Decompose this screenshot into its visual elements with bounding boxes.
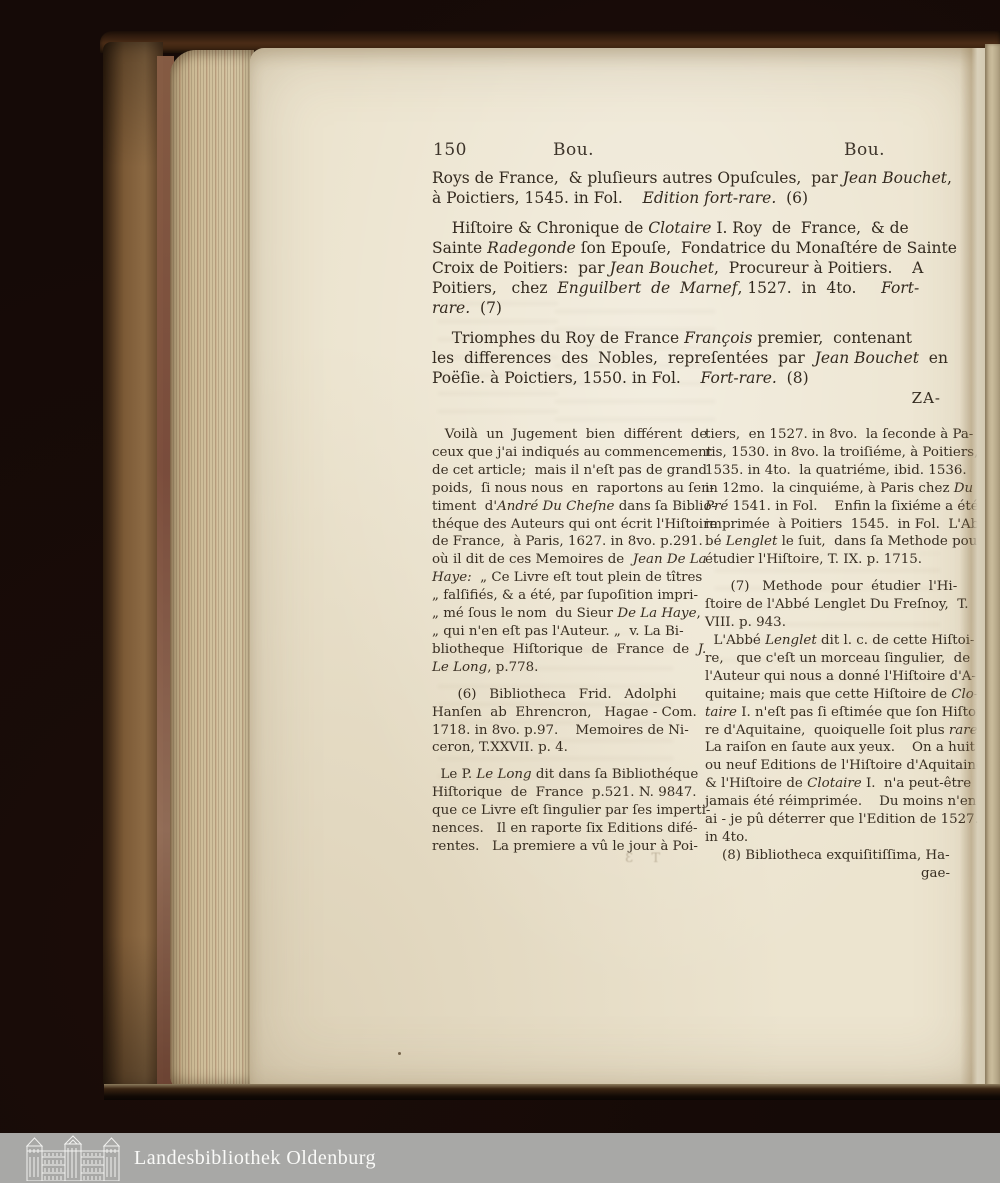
text-line: où il dit de ces Memoires de Jean De La [432,551,706,569]
text-line: bé Lenglet le ſuit, dans ſa Methode pour [705,533,950,551]
text-line: 1535. in 4to. la quatriéme, ibid. 1536. [705,462,950,480]
text-line: ai - je pû déterrer que l'Edition de 152… [705,811,950,829]
text-line: (7) Methode pour étudier l'Hi- [705,578,950,596]
text-line: Haye: „ Ce Livre eſt tout plein de tître… [432,569,706,587]
text-line: ris, 1530. in 8vo. la troiſiéme, à Poiti… [705,444,950,462]
running-title-right: Bou. [844,140,885,160]
text-line [432,677,706,686]
text-line: & l'Hiſtoire de Clotaire I. n'a peut-êtr… [705,775,950,793]
text-line: Voilà un Jugement bien différent de [432,426,706,444]
text-line: (6) Bibliotheca Frid. Adolphi [432,686,706,704]
text-line: étudier l'Hiſtoire, T. IX. p. 1715. [705,551,950,569]
book-gutter-edge [985,44,1000,1090]
text-line: Poitiers, chez Enguilbert de Marnef, 152… [432,278,942,298]
text-line: „ falſifiés, & a été, par ſupoſition imp… [432,587,706,605]
paragraph-entry-bouchet: Roys de France, & pluſieurs autres Opuſc… [432,168,942,208]
text-line: de cet article; mais il n'eſt pas de gra… [432,462,706,480]
text-line: rentes. La premiere a vû le jour à Poi- [432,838,706,856]
text-line: VIII. p. 943. [705,614,950,632]
text-line: jamais été réimprimée. Du moins n'en [705,793,950,811]
text-line: taire I. n'eſt pas ſi eſtimée que ſon Hi… [705,704,950,722]
text-line: Roys de France, & pluſieurs autres Opuſc… [432,168,942,188]
text-line: que ce Livre eſt ſingulier par ſes imper… [432,802,706,820]
text-line: Poëſie. à Poictiers, 1550. in Fol. Fort-… [432,368,942,388]
page-number: 150 [433,140,467,160]
text-line: La raiſon en ſaute aux yeux. On a huit [705,739,950,757]
text-line: „ qui n'en eſt pas l'Auteur. „ v. La Bi- [432,623,706,641]
text-line: timent d'André Du Cheſne dans ſa Biblio- [432,498,706,516]
text-line: Le P. Le Long dit dans ſa Bibliothéque [432,766,706,784]
text-line: re d'Aquitaine, quoiquelle ſoit plus rar… [705,722,950,740]
main-text-block: Roys de France, & pluſieurs autres Opuſc… [432,168,942,398]
book-cover-edge [103,42,163,1092]
text-line: Hiſtorique de France p.521. N. 9847. [432,784,706,802]
book-bottom-edge [104,1084,1000,1100]
text-line [432,757,706,766]
library-building-logo [20,1135,126,1181]
digitized-book-scan: 150 Bou. Bou. Roys de France, & pluſieur… [0,0,1000,1183]
text-line: poids, ſi nous nous en raportons au ſen- [432,480,706,498]
text-line: Sainte Radegonde ſon Epouſe, Fondatrice … [432,238,942,258]
text-line: tiers, en 1527. in 8vo. la ſeconde à Pa- [705,426,950,444]
text-line: ceron, T.XXVII. p. 4. [432,739,706,757]
text-line: ou neuf Editions de l'Hiſtoire d'Aquitai… [705,757,950,775]
text-line: in 4to. [705,829,950,847]
signature-mark-bleedthrough: T 3 [618,851,660,866]
text-line: Le Long, p.778. [432,659,706,677]
text-line: Triomphes du Roy de France François prem… [432,328,942,348]
text-line: nences. Il en raporte ſix Editions difé- [432,820,706,838]
running-title-left: Bou. [553,140,594,160]
text-line: à Poictiers, 1545. in Fol. Edition fort-… [432,188,942,208]
text-line: L'Abbé Lenglet dit l. c. de cette Hiſtoi… [705,632,950,650]
text-line: bliotheque Hiſtorique de France de J. [432,641,706,659]
library-name: Landesbibliothek Oldenburg [134,1133,376,1183]
book-page: 150 Bou. Bou. Roys de France, & pluſieur… [250,48,987,1088]
library-footer-bar: Landesbibliothek Oldenburg [0,1133,1000,1183]
catchword: ZA- [912,389,941,407]
paragraph-entry-clotaire: Hiſtoire & Chronique de Clotaire I. Roy … [432,218,942,318]
text-line: (8) Bibliotheca exquiſitiſſima, Ha- [705,847,950,865]
page-stack-fore-edge [170,50,254,1090]
text-line: quitaine; mais que cette Hiſtoire de Clo… [705,686,950,704]
text-line: rare. (7) [432,298,942,318]
text-line: ſtoire de l'Abbé Lenglet Du Freſnoy, T. [705,596,950,614]
text-line: Pré 1541. in Fol. Enfin la ſixiéme a été [705,498,950,516]
text-line: Croix de Poitiers: par Jean Bouchet, Pro… [432,258,942,278]
text-line: in 12mo. la cinquiéme, à Paris chez Du [705,480,950,498]
text-line: imprimée à Poitiers 1545. in Fol. L'Ab- [705,516,950,534]
paper-speck [398,1052,401,1055]
text-line: les differences des Nobles, repreſentées… [432,348,942,368]
text-line: gae- [705,865,950,883]
footnote-column-right: tiers, en 1527. in 8vo. la ſeconde à Pa-… [705,426,950,883]
text-line [705,569,950,578]
footnote-column-left: Voilà un Jugement bien différent deceux … [432,426,706,856]
page-edge-shadow [960,48,985,1088]
paragraph-entry-triomphes: Triomphes du Roy de France François prem… [432,328,942,388]
text-line: l'Auteur qui nous a donné l'Hiſtoire d'A… [705,668,950,686]
text-line: ceux que j'ai indiqués au commencement [432,444,706,462]
text-line: Hanſen ab Ehrencron, Hagae - Com. [432,704,706,722]
text-line: Hiſtoire & Chronique de Clotaire I. Roy … [432,218,942,238]
text-line: théque des Auteurs qui ont écrit l'Hiſto… [432,516,706,534]
text-line: de France, à Paris, 1627. in 8vo. p.291. [432,533,706,551]
text-line: re, que c'eſt un morceau ſingulier, de [705,650,950,668]
text-line: „ mé ſous le nom du Sieur De La Haye, [432,605,706,623]
text-line: 1718. in 8vo. p.97. Memoires de Ni- [432,722,706,740]
